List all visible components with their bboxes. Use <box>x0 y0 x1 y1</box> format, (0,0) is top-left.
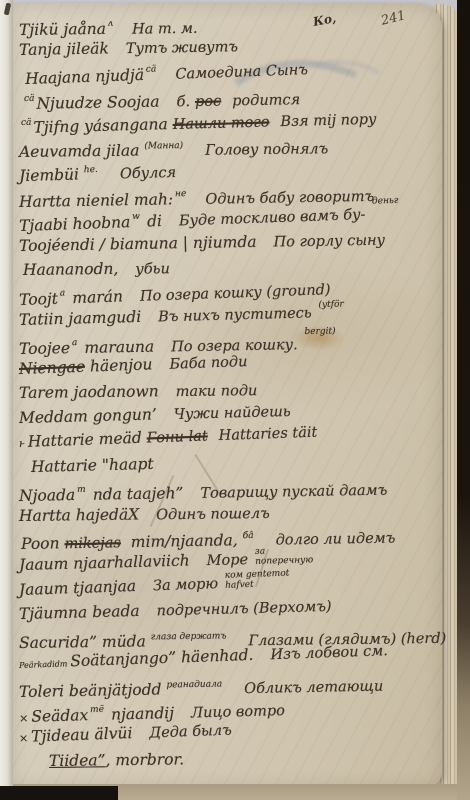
gloss-text: убьи <box>135 262 170 278</box>
superscript-note: не <box>175 189 186 199</box>
margin-mark: ⱶ <box>19 437 25 450</box>
native-text: Tarem jaodanown <box>19 382 159 402</box>
superscript-note: сӓ <box>24 93 35 103</box>
manuscript-lines: Tjikü jaånaʌНа т. м.Tanja jileäkТутъ жив… <box>19 13 422 774</box>
native-text: di <box>147 212 163 231</box>
superscript-note: m <box>77 485 86 495</box>
strikethrough-text: Niengae <box>19 357 86 377</box>
gloss-text: Самоедина Сынъ <box>175 62 308 83</box>
notebook-photo: Ко, 241 Tjikü jaånaʌНа т. м.Tanja jileäk… <box>0 0 470 800</box>
native-text: Tanja jileäk <box>19 39 109 59</box>
native-text: Hattarie meäd <box>28 429 143 451</box>
superscript-note: сӓ <box>146 65 157 75</box>
native-text: Poon <box>21 535 60 554</box>
bottom-shadow <box>0 786 118 800</box>
gloss-text: Чужи найдешь <box>174 404 291 423</box>
side-note: (ytför <box>318 299 344 310</box>
underlined-word: Tiidea” <box>49 752 106 771</box>
gloss-text: Взя тij пору <box>280 112 376 131</box>
interlinear-note: ба̂ <box>243 531 254 541</box>
native-text: Soätanjango” häenhad. <box>70 646 254 670</box>
native-text: Hattarie "haapt <box>31 455 154 476</box>
manuscript-page: Ко, 241 Tjikü jaånaʌНа т. м.Tanja jileäk… <box>11 3 442 789</box>
native-text: marán <box>72 287 123 307</box>
strikethrough-text: Гони lat <box>146 429 207 447</box>
gloss-text: За морю <box>153 576 219 594</box>
interlinear-note: he. <box>84 165 98 175</box>
book-edge <box>457 0 470 800</box>
superscript-note: a <box>60 288 66 298</box>
side-note: bergit) <box>304 327 335 338</box>
gloss-text: Одинъ пошелъ <box>156 506 270 523</box>
gloss-text: таки поди <box>176 383 258 400</box>
margin-mark: × <box>19 732 29 745</box>
native-text: Toojéendi / biamuna | njiumda <box>19 233 257 255</box>
superscript-note: сӓ <box>21 118 32 128</box>
native-text: Hartta hajedäX <box>19 505 139 524</box>
gloss-text: Hattaries täit <box>218 425 317 444</box>
manuscript-line: Tiidea”, morbror. <box>49 745 422 774</box>
gloss-text: подречнилъ (Верхомъ) <box>156 599 331 620</box>
native-text: Haananodn, <box>23 260 119 279</box>
native-text: Tjideau älvüi <box>31 724 133 746</box>
side-note: ком gentemot hafvet <box>225 568 292 591</box>
margin-mark: × <box>19 712 29 725</box>
interlinear-note: реанадиала <box>166 679 222 690</box>
superscript-note: a <box>72 338 78 348</box>
superscript-note: тё <box>90 705 104 715</box>
native-text: Tjäumna beada <box>19 602 140 623</box>
gloss-text: Море <box>206 552 248 569</box>
gloss-text: По горлу сыну <box>273 233 385 251</box>
strikethrough-text: Нашли того <box>173 115 270 134</box>
gloss-text: Въ нихъ пуститесь <box>158 305 312 325</box>
native-text: Meddam gongun’ <box>19 405 157 427</box>
native-text: Jaaum njaarhallaviich <box>19 552 190 574</box>
margin-note: Peärkadidm <box>19 660 68 671</box>
gloss-text: Тутъ живутъ <box>126 39 238 57</box>
gloss-text: Обулся <box>120 165 177 182</box>
gloss-text: Баба поди <box>169 354 248 373</box>
superscript-note: w <box>132 212 140 222</box>
native-text: Jaaum tjaanjaa <box>19 576 137 598</box>
gloss-text: Деда былъ <box>149 722 232 741</box>
interlinear-note: (Манна) <box>144 141 183 151</box>
side-note: за поперечную <box>255 545 322 567</box>
opposite-page-edge <box>0 0 13 800</box>
gloss-text: Буде тоскливо вамъ бу- <box>179 207 366 230</box>
native-text: häenjou <box>90 355 153 375</box>
native-text: Toojt <box>19 290 58 309</box>
native-text: , morbror. <box>105 751 184 770</box>
native-text: Jiembüi <box>19 166 79 186</box>
interlinear-note: глаза держатъ <box>151 631 227 642</box>
native-text: Tatiin jaamgudi <box>19 307 142 328</box>
gloss-text: Изъ лобвои см. <box>270 643 388 663</box>
superscript-note: ʌ <box>108 19 113 29</box>
side-note: деньг <box>372 196 399 207</box>
